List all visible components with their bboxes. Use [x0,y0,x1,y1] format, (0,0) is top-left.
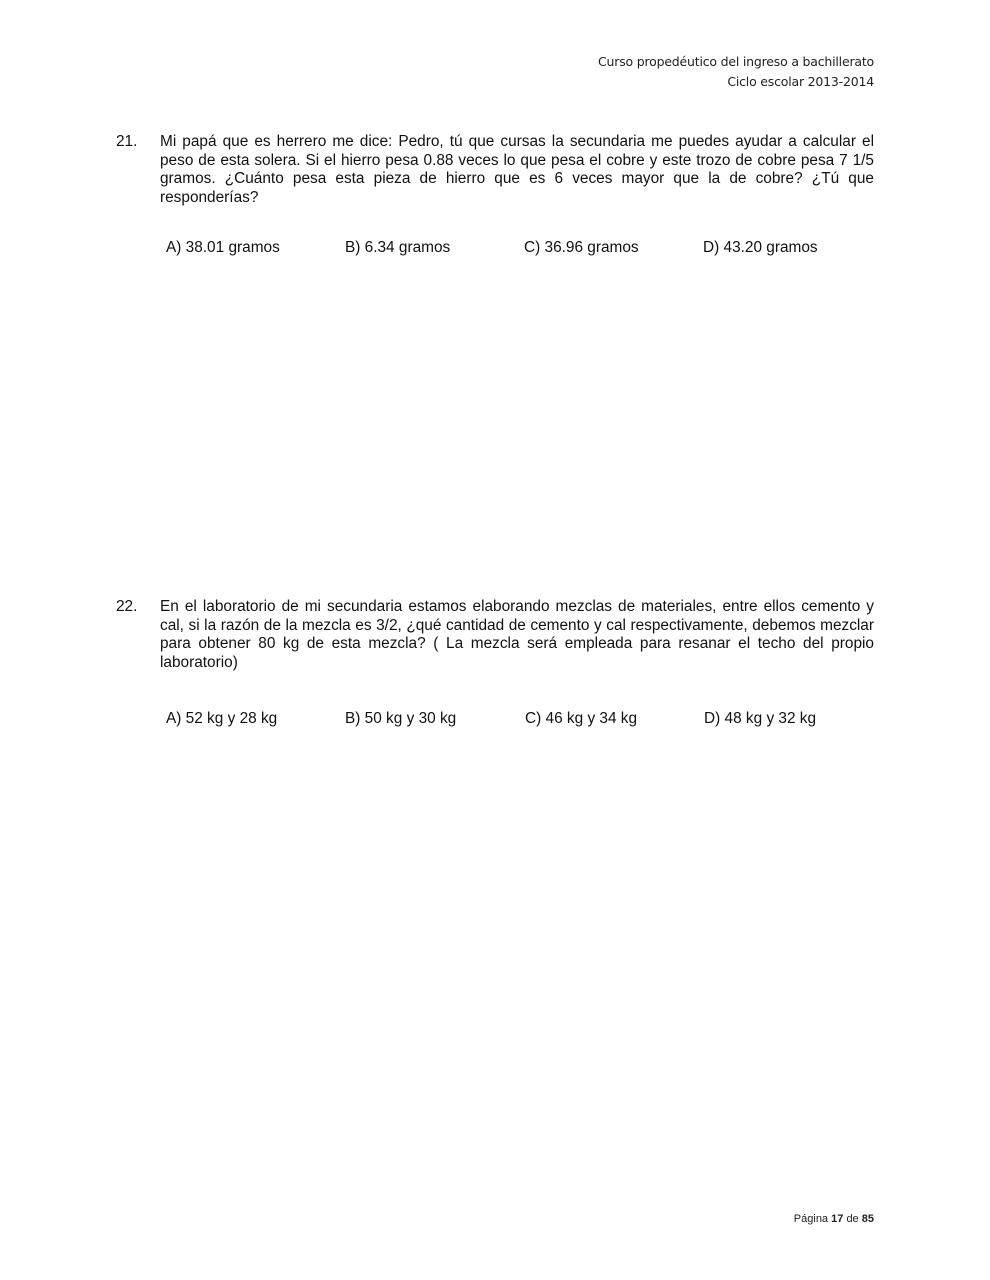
page-header: Curso propedéutico del ingreso a bachill… [598,52,874,92]
page-footer: Página 17 de 85 [794,1213,874,1225]
question-number: 21. [116,133,137,152]
option-c: C) 46 kg y 34 kg [525,710,637,728]
question-21: 21. Mi papá que es herrero me dice: Pedr… [116,133,874,207]
question-22: 22. En el laboratorio de mi secundaria e… [116,598,874,672]
option-b: B) 6.34 gramos [345,239,450,257]
of-label: de [846,1213,858,1225]
option-d: D) 48 kg y 32 kg [704,710,816,728]
option-b: B) 50 kg y 30 kg [345,710,456,728]
page-total: 85 [862,1213,874,1225]
header-school-year: Ciclo escolar 2013-2014 [598,72,874,92]
header-course-title: Curso propedéutico del ingreso a bachill… [598,52,874,72]
option-d: D) 43.20 gramos [703,239,818,257]
option-a: A) 38.01 gramos [166,239,280,257]
option-a: A) 52 kg y 28 kg [166,710,277,728]
page-current: 17 [831,1213,843,1225]
question-number: 22. [116,598,137,617]
page-label: Página [794,1213,828,1225]
question-text: Mi papá que es herrero me dice: Pedro, t… [160,133,874,207]
option-c: C) 36.96 gramos [524,239,639,257]
question-text: En el laboratorio de mi secundaria estam… [160,598,874,672]
